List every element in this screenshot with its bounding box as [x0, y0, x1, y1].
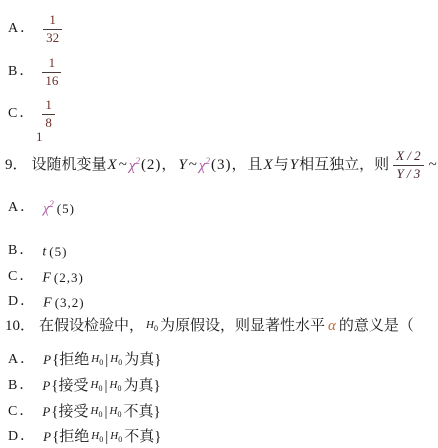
fraction-numerator: 1	[43, 13, 62, 29]
tilde-symbol: ~	[189, 156, 197, 174]
symbol-glyph: t	[42, 245, 46, 260]
option-condition: 不真	[124, 428, 154, 446]
question-text: 与	[274, 156, 289, 174]
ratio-fraction: X / 2 Y / 3	[393, 149, 424, 182]
fraction-denominator: Y / 3	[393, 165, 424, 182]
fraction-numerator: 1	[42, 98, 55, 114]
null-hypothesis-symbol: H0	[110, 430, 122, 445]
variable-x: X	[108, 156, 117, 174]
question-text: 相互独立，则	[299, 156, 389, 174]
variable-x: X	[264, 156, 273, 174]
null-hypothesis-symbol: H0	[110, 353, 122, 368]
null-hypothesis-symbol: H0	[146, 319, 158, 334]
option-letter: B．	[8, 64, 35, 81]
variable-y: Y	[178, 156, 186, 174]
h-subscript: 0	[118, 435, 122, 444]
option-letter: C．	[8, 404, 35, 421]
question-number: 10．	[5, 317, 35, 335]
chi-exponent: 2	[135, 156, 140, 166]
alpha-symbol: α	[328, 317, 336, 335]
brace-close: }	[154, 428, 161, 446]
distribution-symbol: χ2	[43, 199, 54, 218]
distribution-symbol: t	[42, 242, 46, 261]
symbol-glyph: F	[43, 296, 52, 311]
option-letter: D．	[8, 294, 36, 311]
variable-y: Y	[290, 156, 298, 174]
null-hypothesis-symbol: H0	[109, 379, 121, 394]
null-hypothesis-symbol: H0	[91, 405, 103, 420]
h-subscript: 0	[99, 358, 103, 367]
distribution-symbol: F	[42, 268, 51, 287]
distribution-symbol: F	[43, 293, 52, 312]
null-hypothesis-symbol: H0	[91, 353, 103, 368]
h-subscript: 0	[118, 358, 122, 367]
question-number: 9．	[5, 156, 28, 174]
q10-option-c: C． P{接受 H0 | H0 不真}	[8, 403, 161, 421]
symbol-exponent: 2	[49, 199, 54, 209]
null-hypothesis-symbol: H0	[109, 405, 121, 420]
brace-open: {	[52, 351, 59, 369]
q10-option-d: D． P{拒绝 H0 | H0 不真}	[8, 428, 161, 446]
pipe-symbol: |	[105, 351, 108, 369]
symbol-glyph: F	[42, 271, 51, 286]
brace-close: }	[153, 403, 160, 421]
q9-option-a: A． χ2 (5)	[8, 199, 75, 218]
question-text: 为原假设，则显著性水平	[160, 317, 325, 335]
chi-squared-symbol: χ2	[199, 156, 210, 175]
question-text: 在假设检验中，	[39, 317, 144, 335]
h-glyph: H	[146, 319, 154, 331]
option-letter: D．	[8, 429, 36, 446]
fraction-denominator: 32	[43, 29, 62, 46]
chi-squared-symbol: χ2	[129, 156, 140, 175]
prev-option-b: B． 1 16	[8, 56, 61, 89]
probability-symbol: P	[42, 404, 50, 420]
null-hypothesis-symbol: H0	[91, 379, 103, 394]
option-condition: 为真	[123, 377, 153, 395]
option-verb: 接受	[59, 403, 89, 421]
probability-symbol: P	[43, 429, 51, 445]
brace-open: {	[51, 403, 58, 421]
q9-option-c: C． F (2,3)	[8, 268, 84, 287]
option-letter: A．	[8, 352, 36, 369]
option-letter: B．	[8, 243, 35, 260]
fraction-numerator: X / 2	[393, 149, 424, 165]
pipe-symbol: |	[105, 428, 108, 446]
probability-symbol: P	[43, 352, 51, 368]
h-subscript: 0	[154, 324, 158, 333]
tilde-symbol: ~	[429, 156, 437, 174]
fraction: 1 32	[43, 13, 62, 46]
prev-option-c: C． 1 8	[8, 98, 55, 131]
probability-symbol: P	[42, 378, 50, 394]
option-letter: A．	[8, 200, 36, 217]
fraction-denominator: 8	[42, 114, 55, 131]
option-condition: 为真	[124, 351, 154, 369]
h-subscript: 0	[98, 410, 102, 419]
prev-option-a: A． 1 32	[8, 13, 62, 46]
distribution-argument: (2,3)	[54, 270, 84, 286]
h-subscript: 0	[117, 384, 121, 393]
h-subscript: 0	[99, 435, 103, 444]
option-letter: B．	[8, 378, 35, 395]
pipe-symbol: |	[104, 377, 107, 395]
distribution-argument: (5)	[49, 244, 67, 260]
answer-blank: （ ）	[399, 317, 438, 335]
option-verb: 拒绝	[59, 351, 89, 369]
distribution-argument: (2)，	[141, 156, 178, 174]
exam-document-page: A． 1 32 B． 1 16 C． 1 8 1 9． 设随机变量 X ~ χ2…	[0, 0, 438, 448]
tilde-symbol: ~	[119, 156, 127, 174]
null-hypothesis-symbol: H0	[91, 430, 103, 445]
brace-open: {	[51, 377, 58, 395]
cutoff-fraction-numerator: 1	[36, 129, 43, 145]
option-verb: 接受	[59, 377, 89, 395]
distribution-argument: (3,2)	[55, 295, 85, 311]
option-letter: A．	[8, 21, 36, 38]
option-verb: 拒绝	[59, 428, 89, 446]
brace-close: }	[153, 377, 160, 395]
option-condition: 不真	[123, 403, 153, 421]
distribution-argument: (3)，	[211, 156, 248, 174]
question-9: 9． 设随机变量 X ~ χ2 (2)， Y ~ χ2 (3)， 且 X 与 Y…	[5, 144, 438, 186]
q9-option-b: B． t (5)	[8, 242, 67, 261]
question-10: 10． 在假设检验中， H0 为原假设，则显著性水平 α 的意义是 （ ）	[5, 317, 438, 335]
fraction: 1 16	[42, 56, 61, 89]
brace-close: }	[154, 351, 161, 369]
fraction: 1 8	[42, 98, 55, 131]
chi-exponent: 2	[206, 156, 211, 166]
q10-option-b: B． P{接受 H0 | H0 为真}	[8, 377, 161, 395]
question-text: 且	[248, 156, 263, 174]
option-letter: C．	[8, 269, 35, 286]
q10-option-a: A． P{拒绝 H0 | H0 为真}	[8, 351, 161, 369]
fraction-denominator: 16	[42, 72, 61, 89]
chi-glyph: χ	[199, 158, 206, 174]
option-letter: C．	[8, 106, 35, 123]
pipe-symbol: |	[104, 403, 107, 421]
h-subscript: 0	[117, 410, 121, 419]
h-subscript: 0	[98, 384, 102, 393]
distribution-argument: (5)	[57, 201, 75, 217]
q9-option-d: D． F (3,2)	[8, 293, 85, 312]
question-text: 的意义是	[339, 317, 399, 335]
fraction-numerator: 1	[42, 56, 61, 72]
question-text: 设随机变量	[32, 156, 107, 174]
brace-open: {	[52, 428, 59, 446]
